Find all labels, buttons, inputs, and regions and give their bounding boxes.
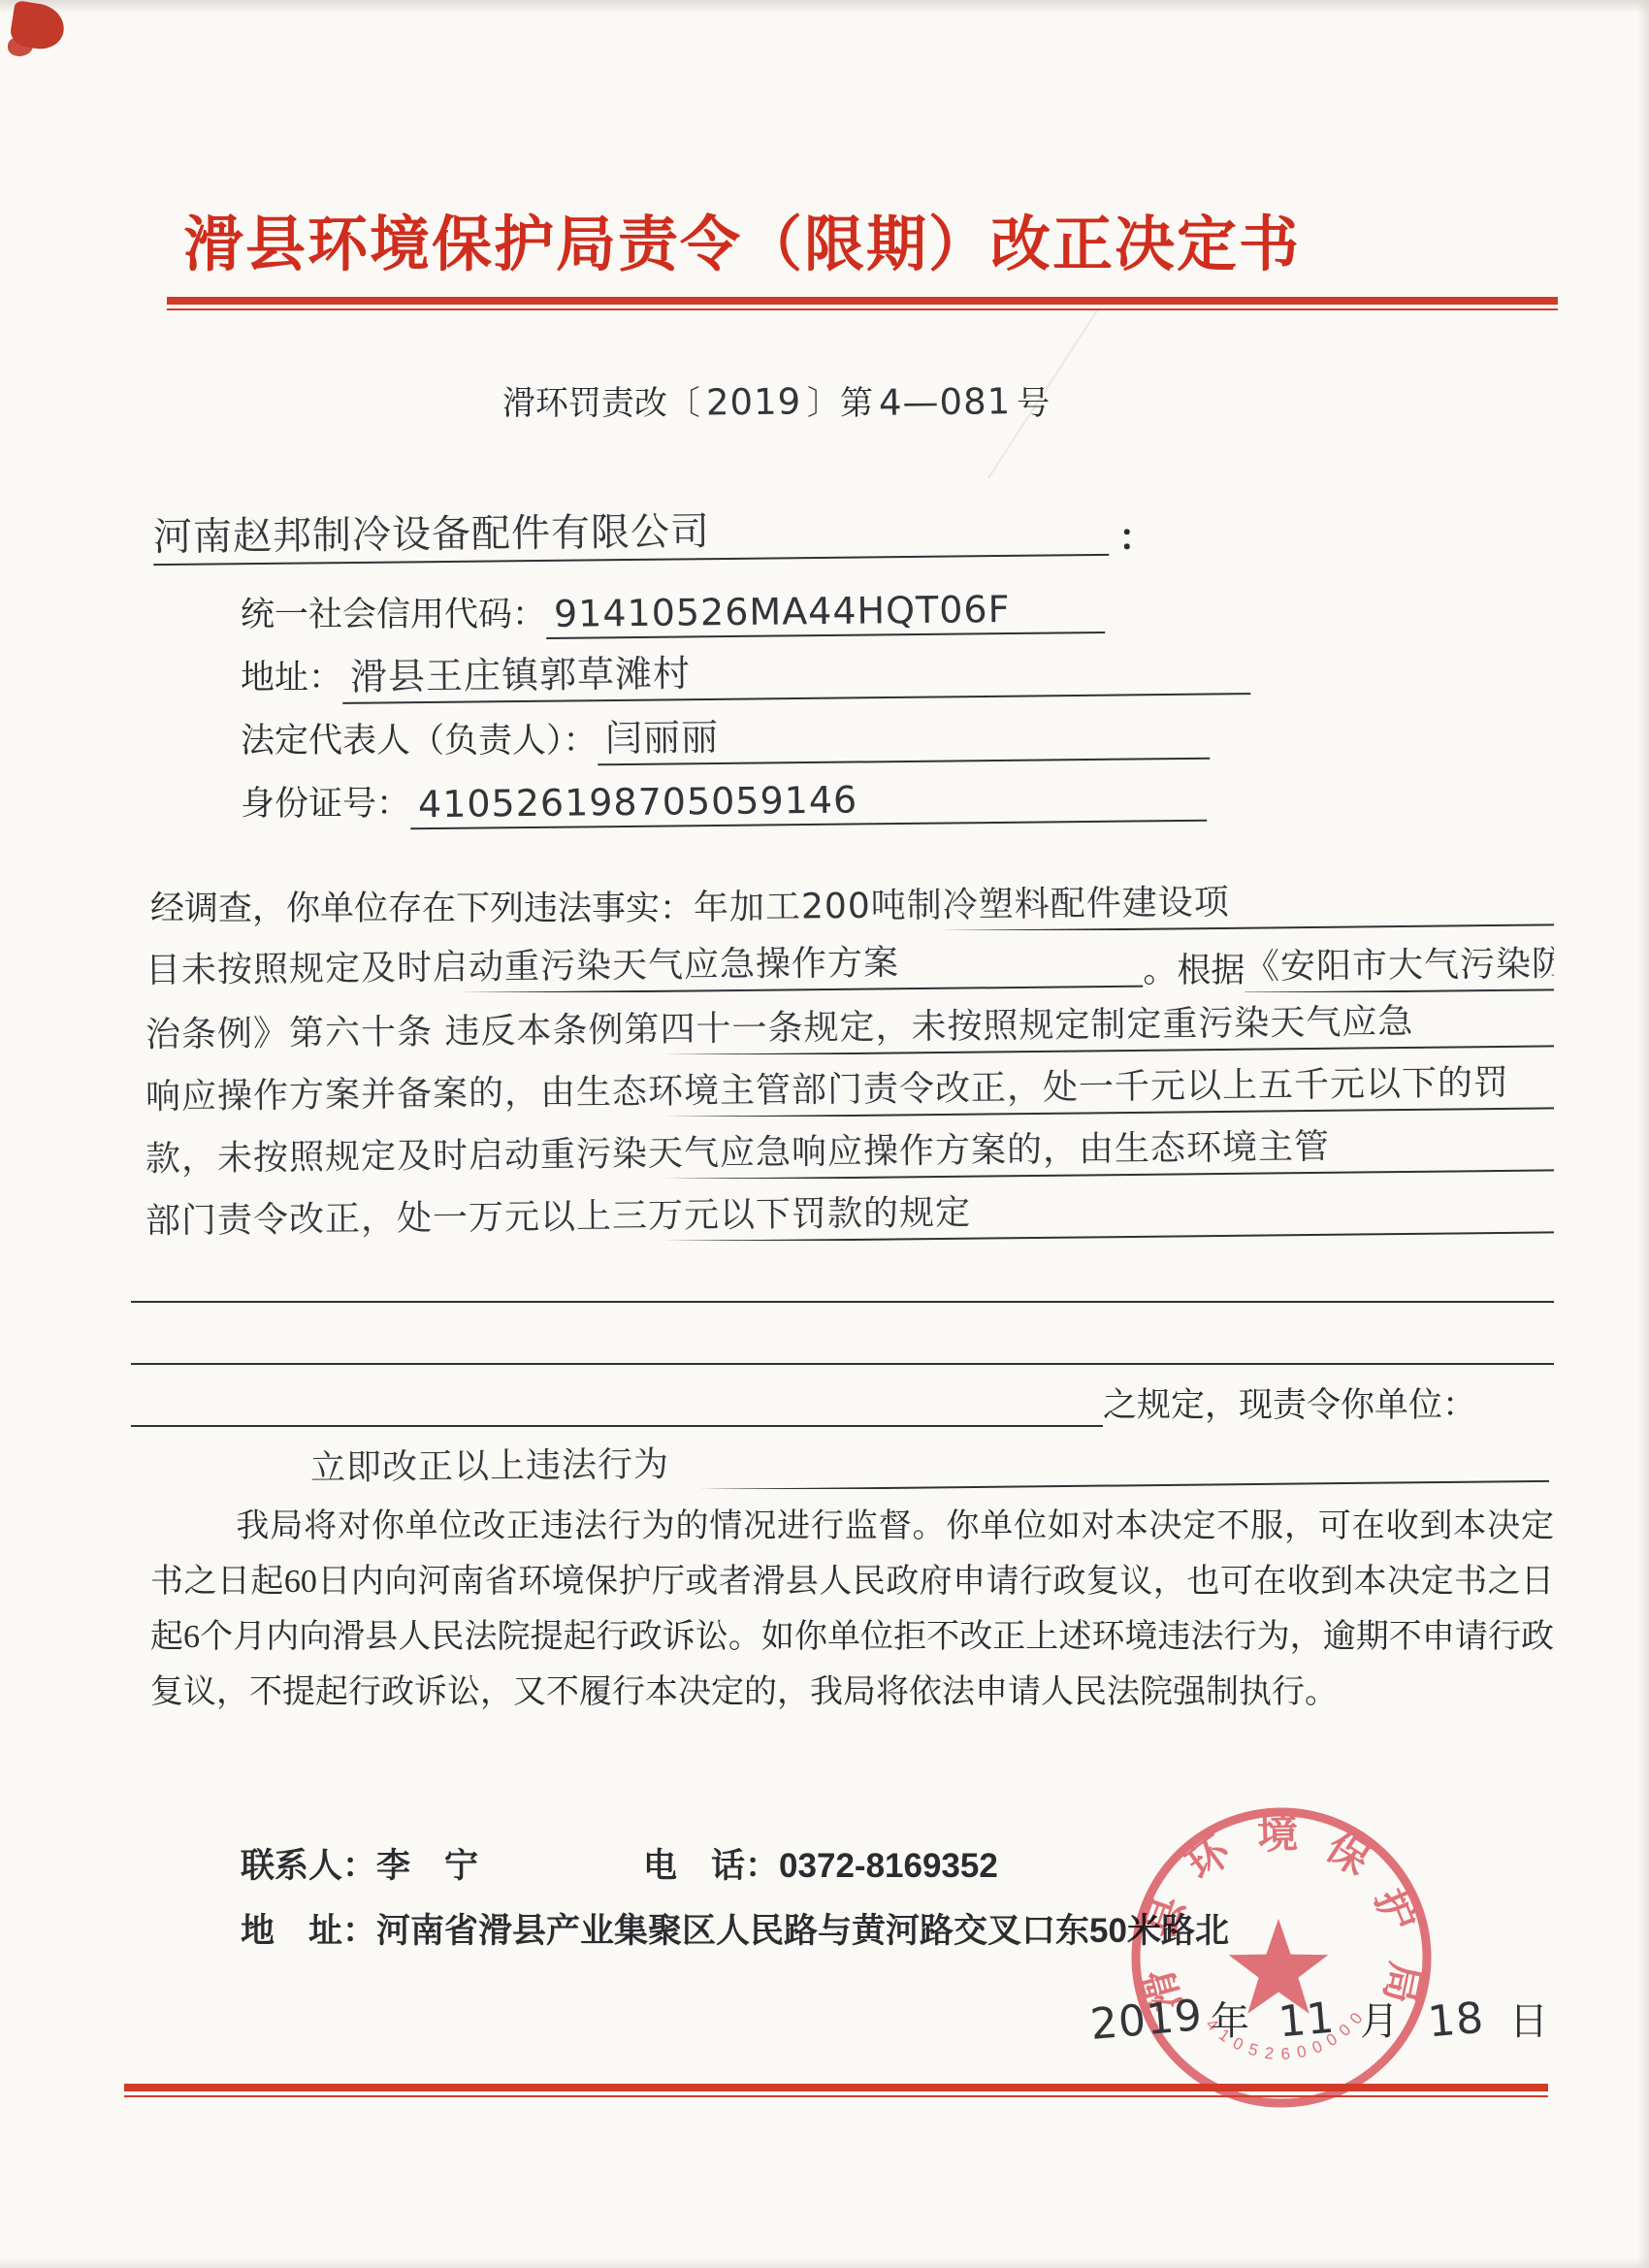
date-day-unit: 日 xyxy=(1509,1991,1548,2046)
legal-rep-label: 法定代表人（负责人）： xyxy=(241,714,598,762)
docno-prefix: 滑环罚责改〔 xyxy=(502,386,700,422)
field-credit-code: 统一社会信用代码： 91410526MA44HQT06F xyxy=(241,578,1105,636)
docno-year-handwritten: 2019 xyxy=(706,380,802,423)
document-number: 滑环罚责改〔2019〕第4—081号 xyxy=(126,376,1426,424)
contact-line: 联系人： 李 宁 电 话： 0372-8169352 xyxy=(241,1839,998,1888)
findings-handwritten-2: 目未按照规定及时启动重污染天气应急操作方案 xyxy=(145,933,1144,992)
date-year-handwritten: 2019 xyxy=(1088,1991,1205,2050)
address-label: 地址： xyxy=(241,651,342,699)
docno-close: 〕第 xyxy=(807,386,873,422)
header-rule xyxy=(167,297,1558,310)
id-number-value-handwritten: 410526198705059146 xyxy=(410,775,1207,830)
header-rule-thin xyxy=(167,308,1558,310)
scan-edge-right xyxy=(1637,0,1649,2268)
contact-person-name: 李 宁 xyxy=(376,1839,478,1888)
scanned-document-page: 滑县环境保护局责令（限期）改正决定书 滑环罚责改〔2019〕第4—081号 河南… xyxy=(0,0,1649,2268)
field-address: 地址： 滑县王庄镇郭草滩村 xyxy=(241,641,1250,699)
findings-line-2: 目未按照规定及时启动重污染天气应急操作方案 。根据 《安阳市大气污染防 xyxy=(145,930,1554,992)
findings-handwritten-7: 部门责令改正，处一万元以上三万元以下罚款的规定 xyxy=(145,1179,1554,1241)
findings-handwritten-6: 款，未按照规定及时启动重污染天气应急响应操作方案的，由生态环境主管 xyxy=(145,1117,1554,1179)
office-address-label: 地 址： xyxy=(241,1904,376,1953)
address-value-handwritten: 滑县王庄镇郭草滩村 xyxy=(342,637,1251,704)
footer-rule xyxy=(124,2084,1548,2097)
docno-serial-handwritten: 4—081 xyxy=(879,380,1012,423)
date-month-handwritten: 11 xyxy=(1277,1993,1337,2048)
scan-edge-top xyxy=(0,0,1649,14)
order-line: 立即改正以上违法行为 xyxy=(218,1427,1549,1489)
id-number-label: 身份证号： xyxy=(241,777,410,826)
header-rule-thick xyxy=(167,297,1558,305)
field-legal-rep: 法定代表人（负责人）： 闫丽丽 xyxy=(241,704,1210,762)
findings-handwritten-1: 年加工200吨制冷塑料配件建设项 xyxy=(694,871,1554,930)
office-address-value: 河南省滑县产业集聚区人民路与黄河路交叉口东50米路北 xyxy=(376,1904,1229,1953)
credit-code-value-handwritten: 91410526MA44HQT06F xyxy=(546,587,1105,639)
findings-lead: 经调查，你单位存在下列违法事实： xyxy=(150,882,694,930)
office-address-line: 地 址： 河南省滑县产业集聚区人民路与黄河路交叉口东50米路北 xyxy=(241,1904,1531,1953)
findings-handwritten-5: 响应操作方案并备案的，由生态环境主管部门责令改正，处一千元以上五千元以下的罚 xyxy=(145,1054,1554,1117)
supervision-paragraph: 我局将对你单位改正违法行为的情况进行监督。你单位如对本决定不服，可在收到本决定书… xyxy=(150,1499,1554,1720)
docno-suffix: 号 xyxy=(1017,386,1050,422)
decision-date: 2019 年 11 月 18 日 xyxy=(1090,1991,1556,2046)
footer-rule-thin xyxy=(124,2095,1548,2097)
date-year-unit: 年 xyxy=(1211,1991,1249,2046)
findings-line-1: 经调查，你单位存在下列违法事实： 年加工200吨制冷塑料配件建设项 xyxy=(150,868,1554,930)
legal-rep-value-handwritten: 闫丽丽 xyxy=(597,702,1210,766)
footer-rule-thick xyxy=(124,2084,1548,2091)
findings-handwritten-3: 《安阳市大气污染防 xyxy=(1245,936,1554,992)
blank-line-2 xyxy=(131,1303,1554,1365)
date-day-handwritten: 18 xyxy=(1426,1993,1486,2048)
contact-phone-number: 0372-8169352 xyxy=(779,1847,998,1886)
seal-ring xyxy=(1136,1812,1427,2103)
field-id-number: 身份证号： 410526198705059146 xyxy=(241,767,1207,826)
contact-person-label: 联系人： xyxy=(241,1839,376,1888)
findings-line-4: 响应操作方案并备案的，由生态环境主管部门责令改正，处一千元以上五千元以下的罚 xyxy=(145,1054,1554,1117)
recipient-company-handwritten: 河南赵邦制冷设备配件有限公司 xyxy=(153,497,1110,566)
red-corner-mark-small xyxy=(8,37,33,56)
provision-line: 之规定，现责令你单位： xyxy=(131,1365,1476,1427)
recipient-colon: ： xyxy=(1118,507,1155,561)
recipient-line: 河南赵邦制冷设备配件有限公司 ： xyxy=(153,497,1375,561)
findings-handwritten-4: 治条例》第六十条 违反本条例第四十一条规定，未按照规定制定重污染天气应急 xyxy=(145,992,1554,1054)
findings-line-5: 款，未按照规定及时启动重污染天气应急响应操作方案的，由生态环境主管 xyxy=(145,1117,1554,1179)
contact-phone-label: 电 话： xyxy=(643,1839,779,1888)
provision-label: 之规定，现责令你单位： xyxy=(1103,1378,1476,1427)
scan-edge-bottom xyxy=(0,2258,1649,2268)
document-title: 滑县环境保护局责令（限期）改正决定书 xyxy=(126,196,1358,282)
findings-according-label: 。根据 xyxy=(1143,944,1245,992)
blank-line-1 xyxy=(131,1241,1554,1303)
findings-line-3: 治条例》第六十条 违反本条例第四十一条规定，未按照规定制定重污染天气应急 xyxy=(145,992,1554,1054)
official-seal-stamp: 滑县环境保护局 4105260000076 xyxy=(1112,1791,1453,2132)
order-handwritten: 立即改正以上违法行为 xyxy=(218,1428,1549,1489)
credit-code-label: 统一社会信用代码： xyxy=(241,588,546,636)
date-month-unit: 月 xyxy=(1360,1991,1399,2046)
findings-line-6: 部门责令改正，处一万元以上三万元以下罚款的规定 xyxy=(145,1179,1554,1241)
